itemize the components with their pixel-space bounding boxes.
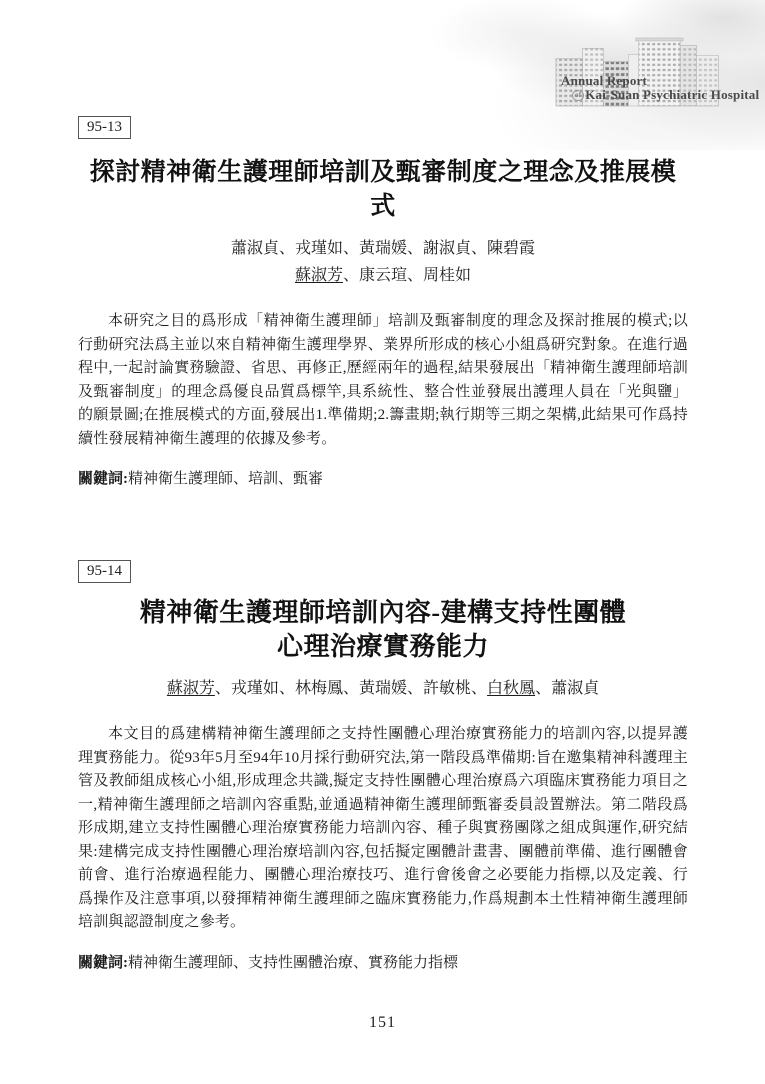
abstract-paragraph: 本研究之目的爲形成「精神衛生護理師」培訓及甄審制度的理念及探討推展的模式;以行動…	[78, 310, 688, 451]
author-name: 蘇淑芳	[295, 267, 343, 284]
author-name: 白秋鳳	[487, 680, 535, 697]
article-id-badge: 95-14	[78, 560, 131, 583]
authors-line: 蘇淑芳、戎瑾如、林梅鳳、黃瑞媛、許敏桃、白秋鳳、蕭淑貞	[78, 675, 688, 702]
keywords-label: 關鍵詞:	[78, 955, 128, 971]
author-name: 許敏桃	[423, 680, 471, 697]
keywords-text: 精神衛生護理師、支持性團體治療、實務能力指標	[128, 955, 458, 971]
authors-line: 蘇淑芳、康云瑄、周桂如	[78, 262, 688, 289]
author-name: 戎瑾如	[295, 240, 343, 257]
author-name: 康云瑄	[359, 267, 407, 284]
hospital-name-text: Kai-Suan Psychiatric Hospital	[585, 87, 759, 102]
author-name: 蕭淑貞	[551, 680, 599, 697]
author-name: 陳碧霞	[487, 240, 535, 257]
title-line: 心理治療實務能力	[78, 630, 688, 664]
header-text: Annual Report ofKai-Suan Psychiatric Hos…	[561, 74, 759, 102]
keywords-label: 關鍵詞:	[78, 471, 128, 487]
content-column: 95-13 探討精神衛生護理師培訓及甄審制度之理念及推展模式 蕭淑貞、戎瑾如、黃…	[78, 116, 688, 974]
author-name: 蘇淑芳	[167, 680, 215, 697]
author-name: 謝淑貞	[423, 240, 471, 257]
hospital-name-label: ofKai-Suan Psychiatric Hospital	[572, 88, 759, 102]
article-title: 探討精神衛生護理師培訓及甄審制度之理念及推展模式	[78, 156, 688, 224]
title-line: 精神衛生護理師培訓內容-建構支持性團體	[78, 596, 688, 630]
document-page: Annual Report ofKai-Suan Psychiatric Hos…	[0, 0, 765, 1084]
keywords-text: 精神衛生護理師、培訓、甄審	[128, 471, 323, 487]
author-name: 黃瑞媛	[359, 240, 407, 257]
annual-report-label: Annual Report	[561, 74, 759, 88]
authors-line: 蕭淑貞、戎瑾如、黃瑞媛、謝淑貞、陳碧霞	[78, 235, 688, 262]
page-number: 151	[0, 1014, 765, 1032]
author-name: 黃瑞媛	[359, 680, 407, 697]
author-name: 蕭淑貞	[231, 240, 279, 257]
author-name: 戎瑾如	[231, 680, 279, 697]
article-id-badge: 95-13	[78, 116, 131, 139]
author-name: 林梅鳳	[295, 680, 343, 697]
author-name: 周桂如	[423, 267, 471, 284]
keywords-line: 關鍵詞:精神衛生護理師、支持性團體治療、實務能力指標	[78, 952, 688, 974]
abstract-paragraph: 本文目的爲建構精神衛生護理師之支持性團體心理治療實務能力的培訓內容,以提昇護理實…	[78, 723, 688, 935]
article-95-13: 95-13 探討精神衛生護理師培訓及甄審制度之理念及推展模式 蕭淑貞、戎瑾如、黃…	[78, 116, 688, 490]
article-title: 精神衛生護理師培訓內容-建構支持性團體 心理治療實務能力	[78, 596, 688, 664]
keywords-line: 關鍵詞:精神衛生護理師、培訓、甄審	[78, 468, 688, 490]
article-95-14: 95-14 精神衛生護理師培訓內容-建構支持性團體 心理治療實務能力 蘇淑芳、戎…	[78, 560, 688, 974]
of-badge: of	[572, 90, 584, 101]
